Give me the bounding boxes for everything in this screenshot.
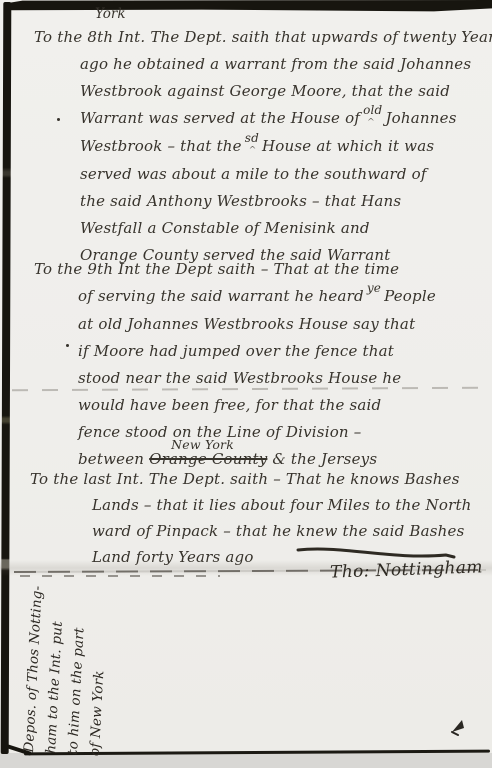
manuscript-line: ago he obtained a warrant from the said … — [80, 51, 492, 78]
line-text: People — [384, 287, 436, 305]
ink-mark — [448, 716, 468, 738]
interlinear-insert-ye: ye — [367, 275, 381, 302]
line-text: House at which it was — [262, 137, 434, 155]
paragraph-9th-interrogatory: To the 9th Int the Dept saith – That at … — [34, 256, 436, 473]
scanned-manuscript-page: { "colors": { "paper": "#f0efec", "ink":… — [0, 0, 492, 768]
interlinear-insert-york: York — [95, 6, 126, 22]
manuscript-line: Westbrook – that thesdHouse at which it … — [80, 133, 492, 161]
paragraph-8th-interrogatory: To the 8th Int. The Dept. saith that upw… — [34, 24, 492, 269]
line-text: Westbrook – that the — [80, 137, 242, 155]
manuscript-line: if Moore had jumped over the fence that — [78, 338, 436, 365]
fold-crease-lower-detail — [20, 575, 220, 577]
docket-note: Depos. of Thos Notting- ham to the Int. … — [18, 582, 115, 756]
margin-dot — [57, 118, 60, 121]
manuscript-line: at old Johannes Westbrooks House say tha… — [78, 311, 436, 338]
manuscript-line: ward of Pinpack – that he knew the said … — [92, 518, 472, 544]
manuscript-line: Westfall a Constable of Menisink and — [80, 215, 492, 242]
manuscript-line: served was about a mile to the southward… — [80, 161, 492, 188]
manuscript-line: Westbrook against George Moore, that the… — [80, 78, 492, 105]
manuscript-line: Warrant was served at the House ofoldJoh… — [80, 105, 492, 133]
interlinear-insert-old: old — [363, 97, 382, 124]
line-text: Warrant was served at the House of — [80, 109, 360, 127]
manuscript-line: the said Anthony Westbrooks – that Hans — [80, 188, 492, 215]
manuscript-line: of serving the said warrant he heardyePe… — [78, 283, 436, 311]
interlinear-insert-sd: sd — [245, 125, 259, 152]
manuscript-line: To the last Int. The Dept. saith – That … — [30, 466, 472, 492]
manuscript-line: Lands – that it lies about four Miles to… — [92, 492, 472, 518]
manuscript-line: fence stood on the Line of Division – — [78, 419, 436, 446]
line-text: of serving the said warrant he heard — [78, 287, 364, 305]
manuscript-line: would have been free, for that the said — [78, 392, 436, 419]
manuscript-line: To the 8th Int. The Dept. saith that upw… — [34, 24, 492, 51]
line-text: Johannes — [385, 109, 456, 127]
margin-dot — [66, 344, 69, 347]
interlinear-insert-new-york: New York — [171, 431, 234, 458]
